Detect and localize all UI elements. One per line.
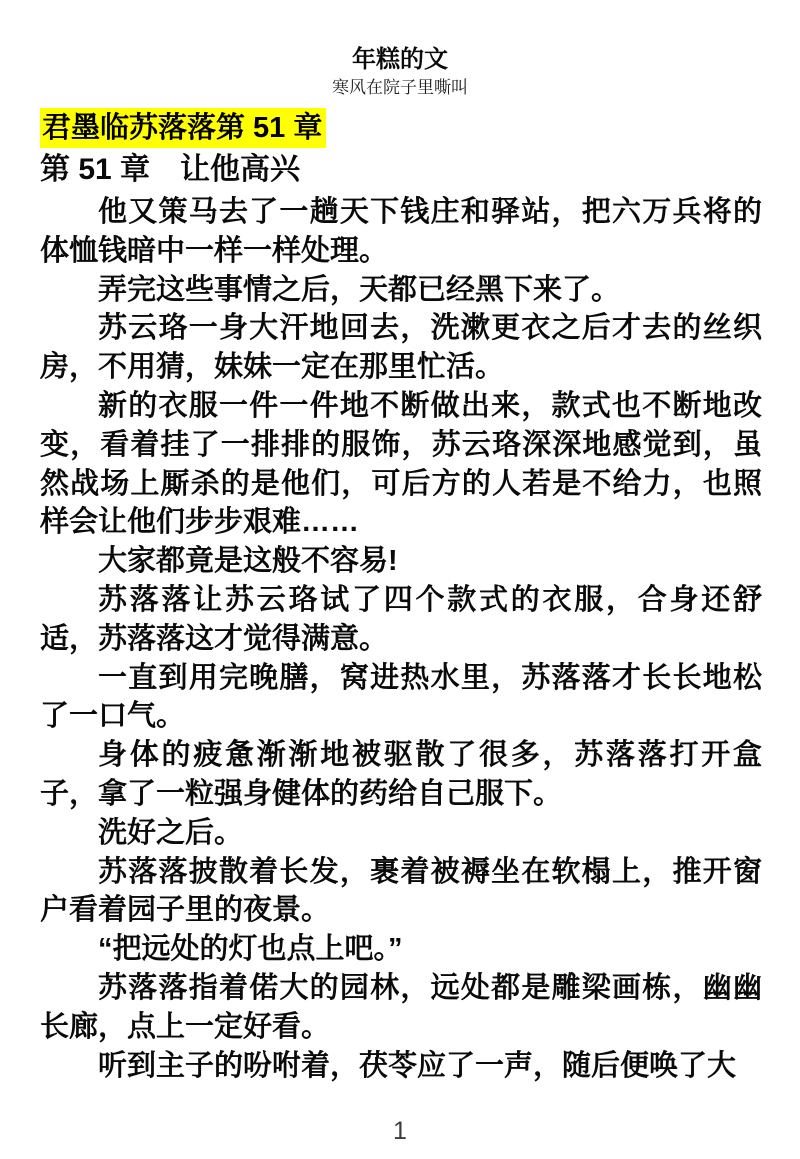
- chapter-link-row: 君墨临苏落落第 51 章: [40, 108, 760, 148]
- highlighted-chapter-link[interactable]: 君墨临苏落落第 51 章: [40, 108, 326, 148]
- page-number: 1: [0, 1117, 800, 1145]
- paragraph: 弄完这些事情之后，天都已经黑下来了。: [40, 271, 762, 310]
- paragraph: 听到主子的吩咐着，茯苓应了一声，随后便唤了大: [40, 1047, 762, 1086]
- page-subtitle: 寒风在院子里嘶叫: [0, 76, 800, 100]
- paragraph: 苏落落让苏云珞试了四个款式的衣服，合身还舒适，苏落落这才觉得满意。: [40, 581, 762, 659]
- page-header: 年糕的文 寒风在院子里嘶叫: [0, 0, 800, 100]
- paragraph: 苏落落披散着长发，裹着被褥坐在软榻上，推开窗户看着园子里的夜景。: [40, 853, 762, 931]
- chapter-title: 第 51 章 让他高兴: [40, 150, 760, 190]
- paragraph: 新的衣服一件一件地不断做出来，款式也不断地改变，看着挂了一排排的服饰，苏云珞深深…: [40, 387, 762, 542]
- paragraph: 苏落落指着偌大的园林，远处都是雕梁画栋，幽幽长廊，点上一定好看。: [40, 969, 762, 1047]
- paragraph: “把远处的灯也点上吧。”: [40, 930, 762, 969]
- novel-page: 年糕的文 寒风在院子里嘶叫 君墨临苏落落第 51 章 第 51 章 让他高兴 他…: [0, 0, 800, 1159]
- paragraph: 他又策马去了一趟天下钱庄和驿站，把六万兵将的体恤钱暗中一样一样处理。: [40, 193, 762, 271]
- paragraph: 洗好之后。: [40, 814, 762, 853]
- paragraph: 身体的疲惫渐渐地被驱散了很多，苏落落打开盒子，拿了一粒强身健体的药给自己服下。: [40, 736, 762, 814]
- chapter-body: 他又策马去了一趟天下钱庄和驿站，把六万兵将的体恤钱暗中一样一样处理。 弄完这些事…: [0, 190, 800, 1085]
- paragraph: 苏云珞一身大汗地回去，洗漱更衣之后才去的丝织房，不用猜，妹妹一定在那里忙活。: [40, 309, 762, 387]
- paragraph: 大家都竟是这般不容易!: [40, 542, 762, 581]
- paragraph: 一直到用完晚膳，窝进热水里，苏落落才长长地松了一口气。: [40, 659, 762, 737]
- site-title: 年糕的文: [0, 44, 800, 76]
